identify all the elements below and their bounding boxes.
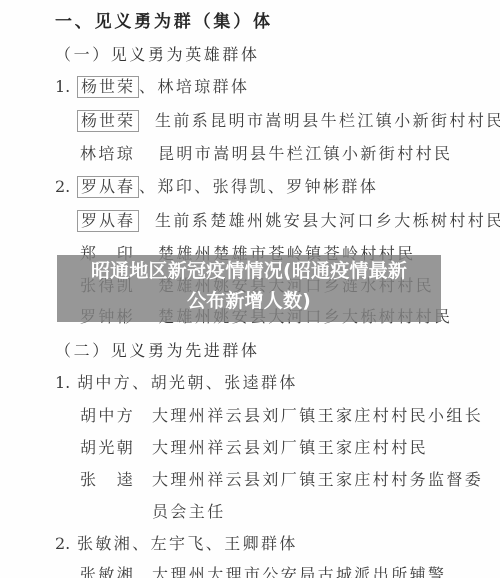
member-desc: 大理州大理市公安局古城派出所辅警	[152, 564, 446, 578]
member-name-boxed: 杨世荣	[77, 110, 139, 132]
boxed-name: 罗从春	[77, 176, 139, 198]
member-desc: 生前系楚雄州姚安县大河口乡大栎树村村民	[155, 210, 500, 232]
member-row: 张敏湘大理州大理市公安局古城派出所辅警	[80, 564, 446, 578]
overlay-title: 昭通地区新冠疫情情况(昭通疫情最新 公布新增人数)	[57, 256, 441, 316]
group-label: 胡中方、胡光朝、张逵群体	[77, 373, 298, 392]
member-row: 罗从春生前系楚雄州姚安县大河口乡大栎树村村民	[77, 210, 500, 232]
group-label-rest: 、林培琼群体	[139, 77, 249, 96]
group-2-2-header: 2.张敏湘、左宇飞、王卿群体	[55, 533, 298, 555]
group-label-rest: 、郑印、张得凯、罗钟彬群体	[139, 177, 378, 196]
document-heading: 一、见义勇为群（集）体	[55, 11, 273, 33]
boxed-name: 杨世荣	[77, 76, 139, 98]
group-1-1-header: 1.杨世荣、林培琼群体	[55, 76, 249, 98]
member-name: 林培琼	[80, 143, 158, 165]
group-1-2-header: 2.罗从春、郑印、张得凯、罗钟彬群体	[55, 176, 378, 198]
member-desc: 生前系昆明市嵩明县牛栏江镇小新街村村民	[155, 110, 500, 132]
member-desc-continuation: 员会主任	[152, 501, 226, 523]
member-row: 林培琼昆明市嵩明县牛栏江镇小新街村村民	[80, 143, 452, 165]
member-row: 胡光朝大理州祥云县刘厂镇王家庄村村民	[80, 437, 428, 459]
member-desc: 大理州祥云县刘厂镇王家庄村村民小组长	[152, 405, 483, 427]
member-name: 张敏湘	[80, 564, 152, 578]
member-row: 杨世荣生前系昆明市嵩明县牛栏江镇小新街村村民	[77, 110, 500, 132]
member-name: 张 逵	[80, 469, 152, 491]
group-2-1-header: 1.胡中方、胡光朝、张逵群体	[55, 372, 298, 394]
member-desc: 大理州祥云县刘厂镇王家庄村村务监督委	[152, 469, 483, 491]
overlay-title-line-1: 昭通地区新冠疫情情况(昭通疫情最新	[57, 256, 441, 286]
group-number: 2.	[55, 176, 77, 198]
section-2-title: （二）见义勇为先进群体	[55, 340, 260, 362]
member-desc: 昆明市嵩明县牛栏江镇小新街村村民	[158, 143, 452, 165]
member-name-boxed: 罗从春	[77, 210, 139, 232]
group-label: 张敏湘、左宇飞、王卿群体	[77, 534, 298, 553]
group-number: 2.	[55, 533, 77, 555]
member-desc: 大理州祥云县刘厂镇王家庄村村民	[152, 437, 428, 459]
group-number: 1.	[55, 76, 77, 98]
overlay-title-line-2: 公布新增人数)	[57, 286, 441, 316]
member-row: 胡中方大理州祥云县刘厂镇王家庄村村民小组长	[80, 405, 483, 427]
member-name: 胡中方	[80, 405, 152, 427]
section-1-title: （一）见义勇为英雄群体	[55, 44, 260, 66]
member-row: 张 逵大理州祥云县刘厂镇王家庄村村务监督委	[80, 469, 483, 491]
member-name: 胡光朝	[80, 437, 152, 459]
group-number: 1.	[55, 372, 77, 394]
